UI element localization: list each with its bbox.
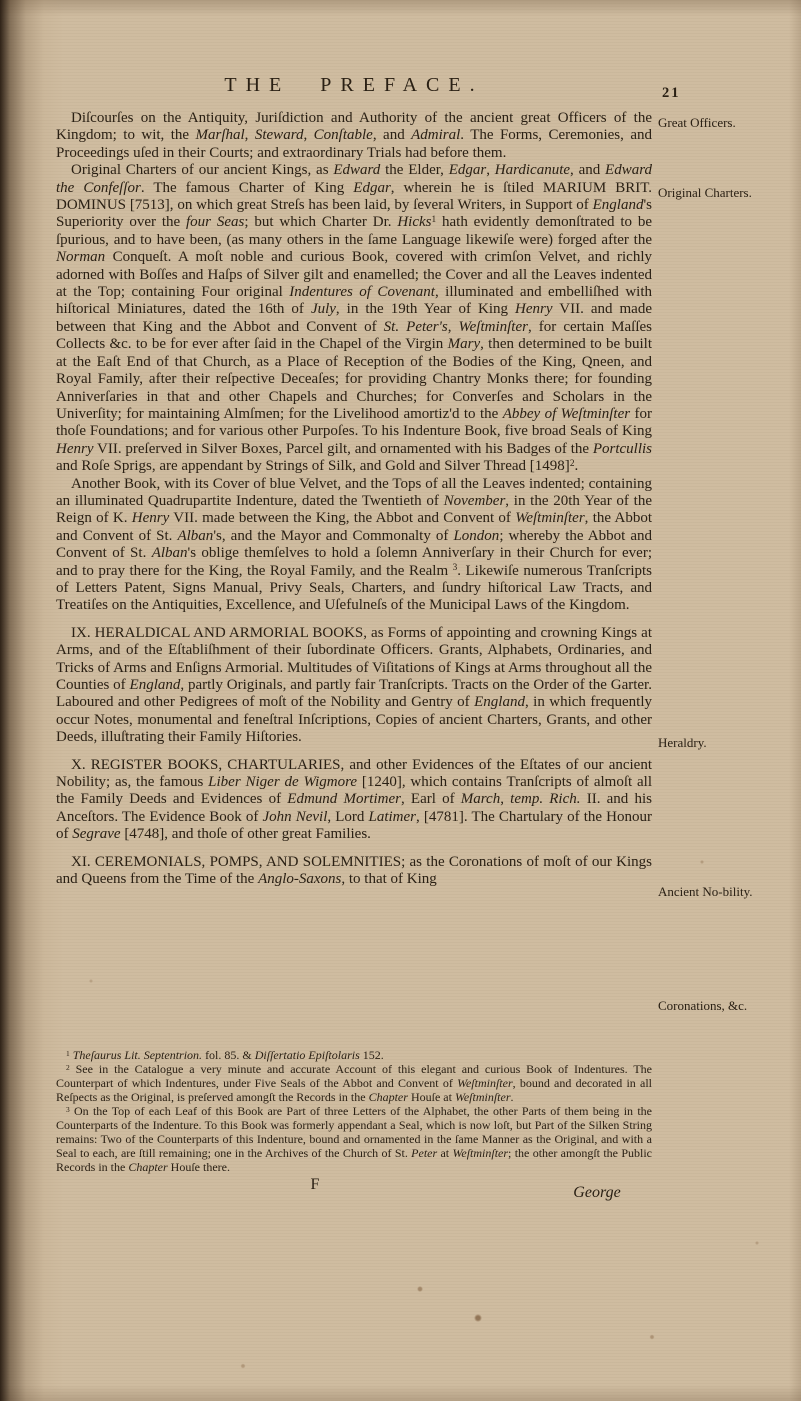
main-text-block: Diſcourſes on the Antiquity, Juriſdictio…: [56, 110, 652, 888]
paragraph-section-xi-ceremonials: XI. CEREMONIALS, POMPS, AND SOLEMNITIES;…: [56, 854, 652, 889]
page-number: 21: [662, 85, 681, 102]
book-page: THE PREFACE. 21 Diſcourſes on the Antiqu…: [0, 0, 801, 1401]
paragraph-original-charters: Original Charters of our ancient Kings, …: [56, 162, 652, 475]
footnote-1: 1 Theſaurus Lit. Septentrion. fol. 85. &…: [56, 1048, 652, 1062]
page-title: THE PREFACE.: [56, 74, 652, 97]
paragraph-section-ix-heraldry: IX. HERALDICAL AND ARMORIAL BOOKS, as Fo…: [56, 625, 652, 747]
margin-note-coronations: Coronations, &c.: [658, 998, 754, 1013]
paragraph-section-x-register-books: X. REGISTER BOOKS, CHARTULARIES, and oth…: [56, 757, 652, 844]
catchword: George: [547, 1184, 647, 1202]
margin-note-heraldry: Heraldry.: [658, 735, 754, 750]
margin-note-original-charters: Original Charters.: [658, 185, 754, 200]
paragraph-great-officers: Diſcourſes on the Antiquity, Juriſdictio…: [56, 110, 652, 162]
footnote-2: 2 See in the Catalogue a very minute and…: [56, 1062, 652, 1104]
margin-note-ancient-nobility: Ancient No-bility.: [658, 884, 754, 899]
footnotes-block: 1 Theſaurus Lit. Septentrion. fol. 85. &…: [56, 1048, 652, 1174]
margin-note-great-officers: Great Officers.: [658, 115, 754, 130]
signature-mark: F: [265, 1176, 365, 1194]
footnote-3: 3 On the Top of each Leaf of this Book a…: [56, 1104, 652, 1174]
paragraph-another-book: Another Book, with its Cover of blue Vel…: [56, 476, 652, 615]
